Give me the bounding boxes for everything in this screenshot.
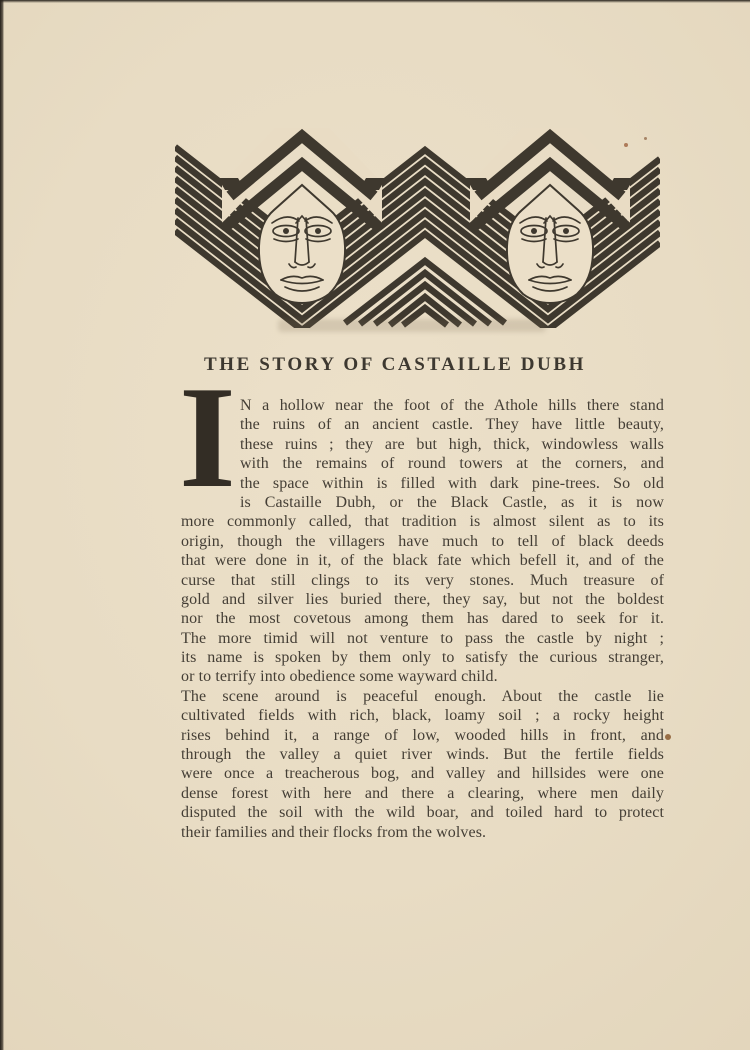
text-line: dense forest with here and there a clear… xyxy=(181,784,664,803)
text-line: rises behind it, a range of low, wooded … xyxy=(181,726,664,745)
body-text: N a hollow near the foot of the Athole h… xyxy=(181,396,664,842)
text-line: the ruins of an ancient castle. They hav… xyxy=(240,415,664,434)
text-line: The more timid will not venture to pass … xyxy=(181,629,664,648)
scan-edge-top xyxy=(0,0,750,3)
foxing-spot xyxy=(624,143,628,147)
foxing-spot xyxy=(665,734,671,740)
book-page: THE STORY OF CASTAILLE DUBH I N a hollow… xyxy=(0,0,750,1050)
text-line: origin, though the villagers have much t… xyxy=(181,532,664,551)
body-lines: N a hollow near the foot of the Athole h… xyxy=(181,396,664,842)
text-line: that were done in it, of the black fate … xyxy=(181,551,664,570)
text-line: curse that still clings to its very ston… xyxy=(181,571,664,590)
text-line: gold and silver lies buried there, they … xyxy=(181,590,664,609)
text-line: disputed the soil with the wild boar, an… xyxy=(181,803,664,822)
text-line: cultivated fields with rich, black, loam… xyxy=(181,706,664,725)
scan-edge-left xyxy=(0,0,4,1050)
text-line: nor the most covetous among them has dar… xyxy=(181,609,664,628)
text-line: is Castaille Dubh, or the Black Castle, … xyxy=(240,493,664,512)
text-line: or to terrify into obedience some waywar… xyxy=(181,667,664,686)
foxing-spot xyxy=(644,137,647,140)
text-line: through the valley a quiet river winds. … xyxy=(181,745,664,764)
text-line: their families and their flocks from the… xyxy=(181,823,664,842)
bleedthrough-text-smudge xyxy=(278,319,546,332)
text-line: with the remains of round towers at the … xyxy=(240,454,664,473)
text-line: the space within is filled with dark pin… xyxy=(240,474,664,493)
text-line: its name is spoken by them only to satis… xyxy=(181,648,664,667)
text-line: N a hollow near the foot of the Athole h… xyxy=(240,396,664,415)
text-line: more commonly called, that tradition is … xyxy=(181,512,664,531)
text-line: were once a treacherous bog, and valley … xyxy=(181,764,664,783)
text-line: The scene around is peaceful enough. Abo… xyxy=(181,687,664,706)
text-line: these ruins ; they are but high, thick, … xyxy=(240,435,664,454)
masks-zigzag-headpiece-illustration xyxy=(175,128,660,328)
